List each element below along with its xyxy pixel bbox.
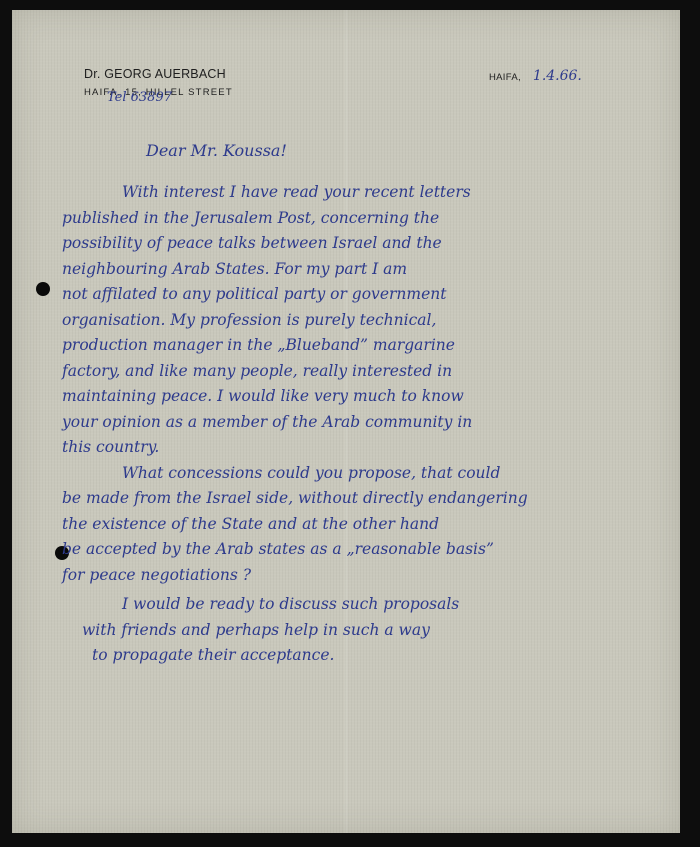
place-label: HAIFA, (489, 72, 521, 83)
salutation: Dear Mr. Koussa! (146, 141, 287, 160)
body-line: for peace negotiations ? (62, 563, 682, 589)
body-line: production manager in the „Blueband” mar… (62, 333, 682, 359)
body-line: With interest I have read your recent le… (62, 180, 682, 206)
body-line: to propagate their acceptance. (62, 643, 682, 669)
body-line: possibility of peace talks between Israe… (62, 231, 682, 257)
body-line: be accepted by the Arab states as a „rea… (62, 537, 682, 563)
body-line: this country. (62, 435, 682, 461)
body-line: What concessions could you propose, that… (62, 461, 682, 487)
body-line: neighbouring Arab States. For my part I … (62, 257, 682, 283)
letter-body: With interest I have read your recent le… (62, 180, 682, 669)
body-line: be made from the Israel side, without di… (62, 486, 682, 512)
letter-page: Dr. GEORG AUERBACH HAIFA, 15, HILLEL STR… (12, 10, 680, 833)
letterhead-name: Dr. GEORG AUERBACH (84, 66, 233, 82)
body-line: maintaining peace. I would like very muc… (62, 384, 682, 410)
body-line: your opinion as a member of the Arab com… (62, 410, 682, 436)
date: 1.4.66. (533, 68, 582, 84)
body-line: with friends and perhaps help in such a … (62, 618, 682, 644)
body-line: the existence of the State and at the ot… (62, 512, 682, 538)
body-line: not affilated to any political party or … (62, 282, 682, 308)
body-line: factory, and like many people, really in… (62, 359, 682, 385)
place-date: HAIFA, 1.4.66. (489, 68, 582, 84)
paragraph-3: I would be ready to discuss such proposa… (62, 592, 682, 669)
body-line: organisation. My profession is purely te… (62, 308, 682, 334)
paragraph-1: With interest I have read your recent le… (62, 180, 682, 461)
handwritten-phone: Tel 63897 (107, 90, 172, 105)
punch-hole-top (36, 282, 50, 296)
body-line: I would be ready to discuss such proposa… (62, 592, 682, 618)
body-line: published in the Jerusalem Post, concern… (62, 206, 682, 232)
paragraph-2: What concessions could you propose, that… (62, 461, 682, 589)
